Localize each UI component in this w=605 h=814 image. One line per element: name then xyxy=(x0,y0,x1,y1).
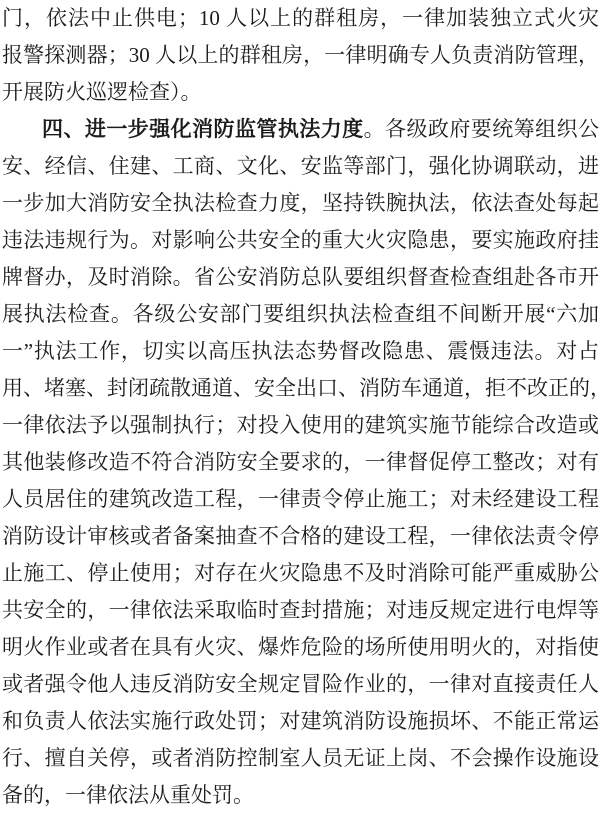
document-page: 门，依法中止供电；10 人以上的群租房，一律加装独立式火灾 报警探测器；30 人… xyxy=(0,0,605,814)
text-line: 一步加大消防安全执法检查力度，坚持铁腕执法，依法查处每起 xyxy=(2,185,599,222)
text-line: 或者强令他人违反消防安全规定冒险作业的，一律对直接责任人 xyxy=(2,666,599,703)
section-heading: 四、进一步强化消防监管执法力度 xyxy=(42,117,364,141)
text-line: 报警探测器；30 人以上的群租房，一律明确专人负责消防管理， xyxy=(2,37,599,74)
text-line: 明火作业或者在具有火灾、爆炸危险的场所使用明火的，对指使 xyxy=(2,629,599,666)
text-line: 其他装修改造不符合消防安全要求的，一律督促停工整改；对有 xyxy=(2,444,599,481)
text-line: 共安全的，一律依法采取临时查封措施；对违反规定进行电焊等 xyxy=(2,592,599,629)
text-line: 和负责人依法实施行政处罚；对建筑消防设施损坏、不能正常运 xyxy=(2,703,599,740)
text-line: 止施工、停止使用；对存在火灾隐患不及时消除可能严重威胁公 xyxy=(2,555,599,592)
text-line: 展执法检查。各级公安部门要组织执法检查组不间断开展“六加 xyxy=(2,296,599,333)
section-heading-tail: 。各级政府要统筹组织公 xyxy=(364,117,599,141)
text-line: 用、堵塞、封闭疏散通道、安全出口、消防车通道，拒不改正的， xyxy=(2,370,599,407)
text-line-paragraph-end: 备的，一律依法从重处罚。 xyxy=(2,777,599,814)
text-line: 行、擅自关停，或者消防控制室人员无证上岗、不会操作设施设 xyxy=(2,740,599,777)
section-heading-line: 四、进一步强化消防监管执法力度。各级政府要统筹组织公 xyxy=(2,111,599,148)
text-line: 消防设计审核或者备案抽查不合格的建设工程，一律依法责令停 xyxy=(2,518,599,555)
text-line: 牌督办，及时消除。省公安消防总队要组织督查检查组赴各市开 xyxy=(2,259,599,296)
text-line: 违法违规行为。对影响公共安全的重大火灾隐患，要实施政府挂 xyxy=(2,222,599,259)
text-line: 人员居住的建筑改造工程，一律责令停止施工；对未经建设工程 xyxy=(2,481,599,518)
text-line-paragraph-end: 开展防火巡逻检查）。 xyxy=(2,74,599,111)
text-line: 一”执法工作，切实以高压执法态势督改隐患、震慑违法。对占 xyxy=(2,333,599,370)
text-line: 门，依法中止供电；10 人以上的群租房，一律加装独立式火灾 xyxy=(2,0,599,37)
text-line: 一律依法予以强制执行；对投入使用的建筑实施节能综合改造或 xyxy=(2,407,599,444)
text-line: 安、经信、住建、工商、文化、安监等部门，强化协调联动，进 xyxy=(2,148,599,185)
